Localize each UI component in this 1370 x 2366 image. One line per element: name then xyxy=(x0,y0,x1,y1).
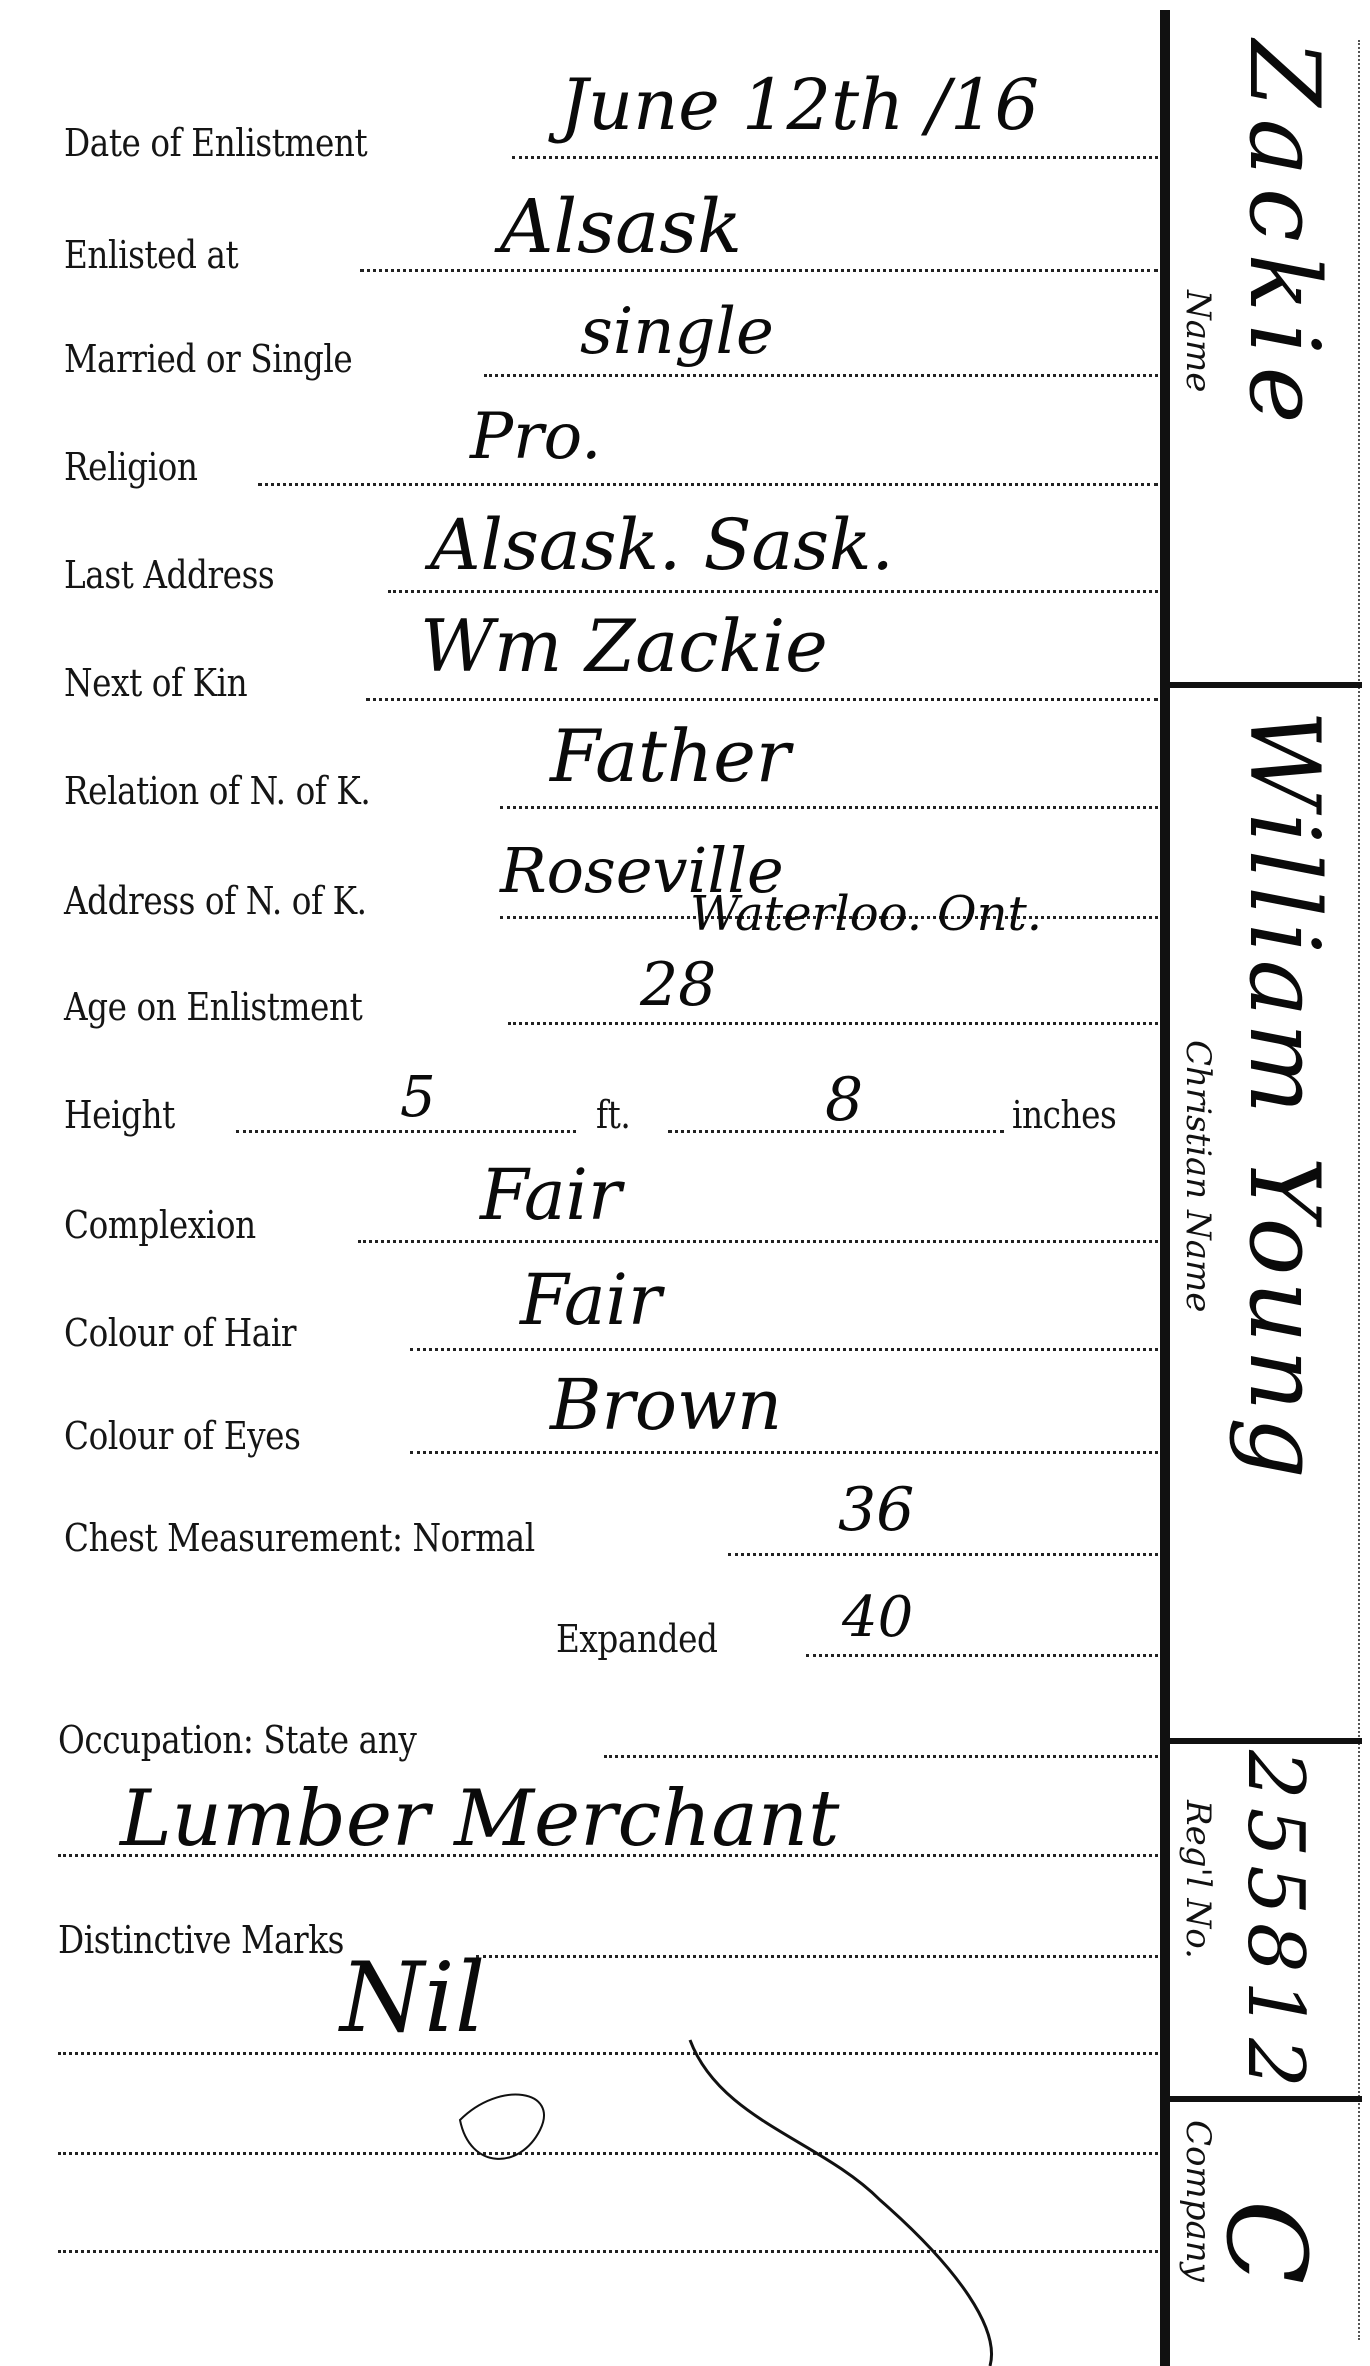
divider-christian-name xyxy=(1166,1738,1362,1744)
divider-name xyxy=(1166,682,1362,688)
label-name: Name xyxy=(1178,290,1218,392)
value-christian-name[interactable]: William Young xyxy=(1228,710,1340,1485)
value-name[interactable]: Zackie xyxy=(1228,40,1340,435)
value-regl-no[interactable]: 255812 xyxy=(1230,1750,1320,2096)
value-company[interactable]: C xyxy=(1202,2200,1330,2296)
divider-regl-no xyxy=(1166,2096,1362,2102)
column-divider xyxy=(1160,10,1170,2366)
attestation-card: Date of Enlistment June 12th /16 Enliste… xyxy=(0,0,1370,2366)
right-edge-dots xyxy=(1358,40,1360,2340)
label-christian-name: Christian Name xyxy=(1178,1040,1218,1312)
label-regl-no: Reg'l No. xyxy=(1178,1800,1218,1959)
